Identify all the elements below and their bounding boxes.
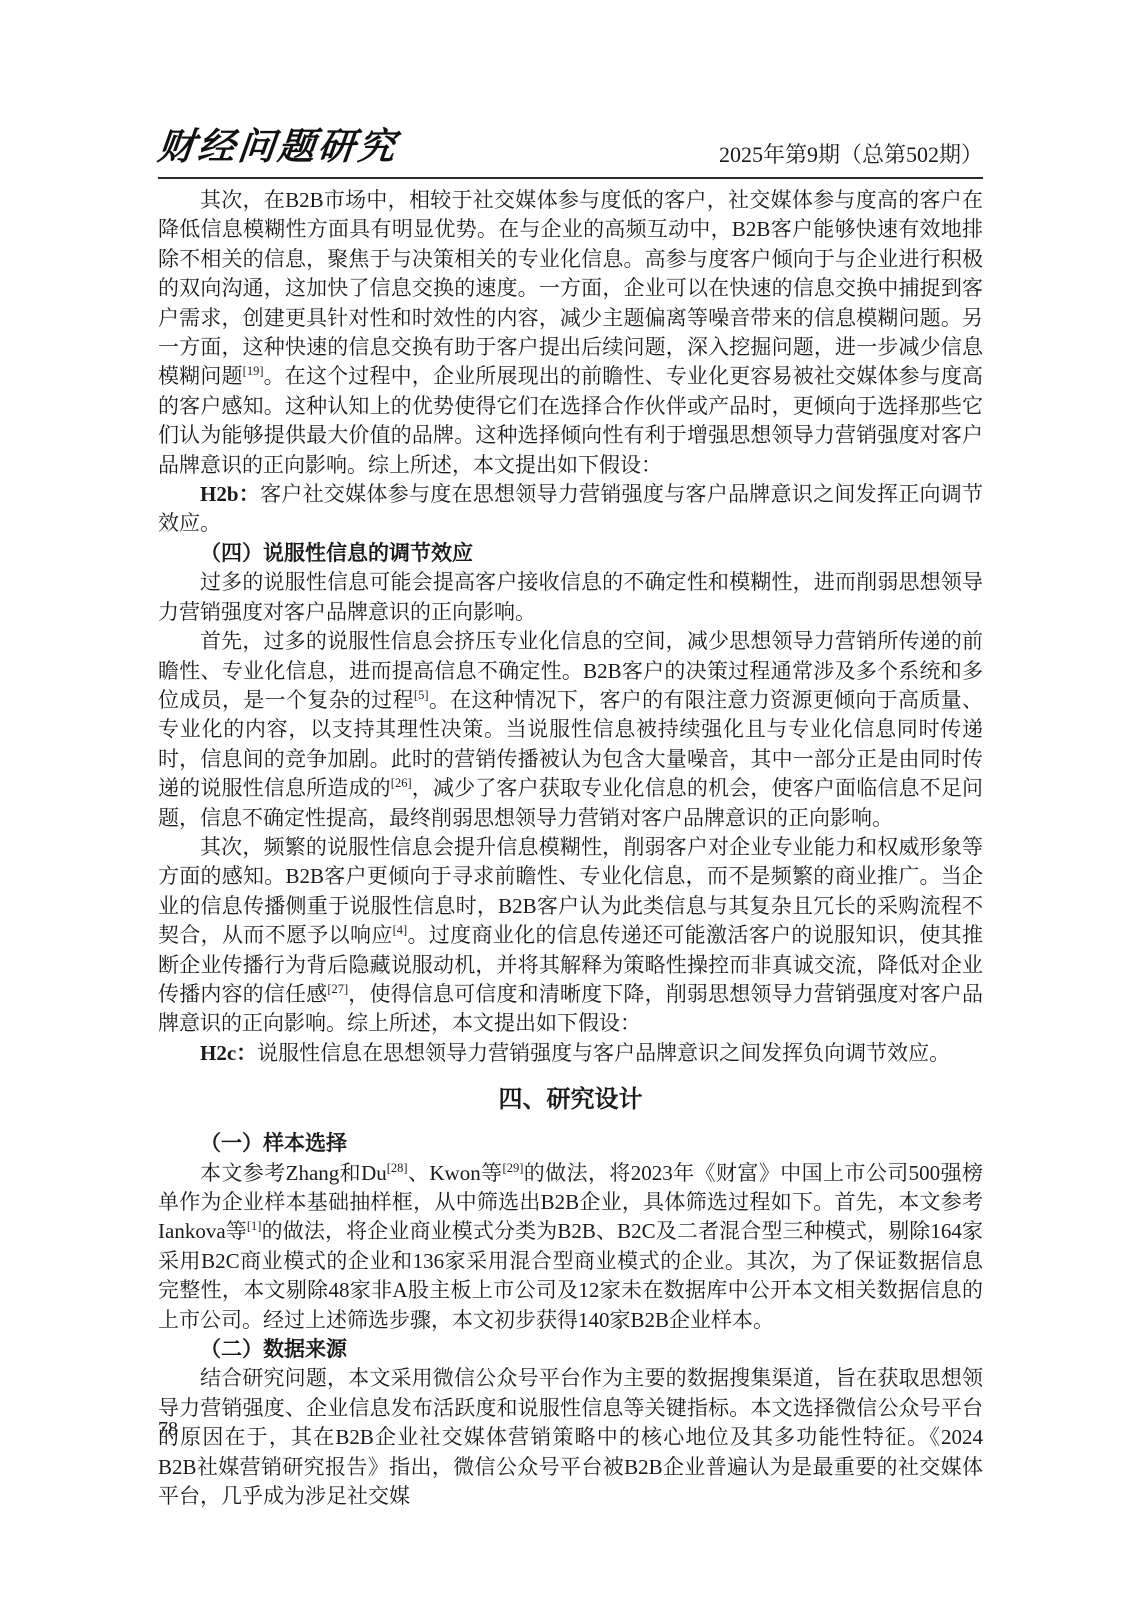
citation-ref: [28] bbox=[387, 1161, 408, 1175]
text-run: 过多的说服性信息可能会提高客户接收信息的不确定性和模糊性，进而削弱思想领导力营销… bbox=[158, 570, 983, 623]
text-run: 说服性信息在思想领导力营销强度与客户品牌意识之间发挥负向调节效应。 bbox=[257, 1041, 950, 1065]
paragraph-social-media-engagement: 其次，在B2B市场中，相较于社交媒体参与度低的客户，社交媒体参与度高的客户在降低… bbox=[158, 186, 983, 480]
text-run: 、Kwon等 bbox=[408, 1161, 503, 1185]
paragraph-persuasive-info-second: 其次，频繁的说服性信息会提升信息模糊性，削弱客户对企业专业能力和权威形象等方面的… bbox=[158, 833, 983, 1039]
subheading-sample-selection: （一）样本选择 bbox=[158, 1129, 983, 1158]
header-rule bbox=[158, 177, 983, 179]
section-heading-research-design: 四、研究设计 bbox=[158, 1084, 983, 1116]
hypothesis-label: H2c： bbox=[200, 1041, 257, 1065]
paragraph-persuasive-info-first: 首先，过多的说服性信息会挤压专业化信息的空间，减少思想领导力营销所传递的前瞻性、… bbox=[158, 627, 983, 833]
page-header: 财经问题研究 2025年第9期（总第502期） bbox=[158, 122, 983, 177]
hypothesis-h2c: H2c：说服性信息在思想领导力营销强度与客户品牌意识之间发挥负向调节效应。 bbox=[158, 1039, 983, 1068]
article-body: 其次，在B2B市场中，相较于社交媒体参与度低的客户，社交媒体参与度高的客户在降低… bbox=[158, 186, 983, 1511]
citation-ref: [1] bbox=[247, 1219, 262, 1233]
text-run: 其次，在B2B市场中，相较于社交媒体参与度低的客户，社交媒体参与度高的客户在降低… bbox=[158, 188, 983, 388]
citation-ref: [19] bbox=[243, 364, 264, 378]
issue-info: 2025年第9期（总第502期） bbox=[719, 140, 983, 170]
subheading-data-source: （二）数据来源 bbox=[158, 1335, 983, 1364]
citation-ref: [5] bbox=[414, 688, 429, 702]
paragraph-sample-selection: 本文参考Zhang和Du[28]、Kwon等[29]的做法，将2023年《财富》… bbox=[158, 1159, 983, 1335]
hypothesis-label: H2b： bbox=[200, 482, 260, 506]
citation-ref: [26] bbox=[391, 776, 412, 790]
hypothesis-h2b: H2b：客户社交媒体参与度在思想领导力营销强度与客户品牌意识之间发挥正向调节效应… bbox=[158, 480, 983, 539]
text-run: 。在这个过程中，企业所展现出的前瞻性、专业化更容易被社交媒体参与度高的客户感知。… bbox=[158, 364, 983, 476]
text-run: 本文参考Zhang和Du bbox=[200, 1161, 387, 1185]
text-run: （一）样本选择 bbox=[200, 1132, 347, 1155]
journal-page: 财经问题研究 2025年第9期（总第502期） 其次，在B2B市场中，相较于社交… bbox=[0, 0, 1140, 1600]
journal-logo: 财经问题研究 bbox=[155, 122, 400, 170]
paragraph-persuasive-info-intro: 过多的说服性信息可能会提高客户接收信息的不确定性和模糊性，进而削弱思想领导力营销… bbox=[158, 568, 983, 627]
citation-ref: [29] bbox=[503, 1161, 524, 1175]
text-run: 的做法，将企业商业模式分类为B2B、B2C及二者混合型三种模式，剔除164家采用… bbox=[158, 1219, 983, 1331]
text-run: （四）说服性信息的调节效应 bbox=[200, 542, 473, 565]
text-run: 客户社交媒体参与度在思想领导力营销强度与客户品牌意识之间发挥正向调节效应。 bbox=[158, 482, 983, 535]
paragraph-data-source: 结合研究问题，本文采用微信公众号平台作为主要的数据搜集渠道，旨在获取思想领导力营… bbox=[158, 1364, 983, 1511]
text-run: 结合研究问题，本文采用微信公众号平台作为主要的数据搜集渠道，旨在获取思想领导力营… bbox=[158, 1366, 983, 1508]
citation-ref: [4] bbox=[393, 923, 408, 937]
subheading-persuasive-info-moderation: （四）说服性信息的调节效应 bbox=[158, 539, 983, 568]
text-run: （二）数据来源 bbox=[200, 1338, 347, 1361]
citation-ref: [27] bbox=[327, 982, 348, 996]
text-run: 四、研究设计 bbox=[499, 1086, 643, 1113]
page-number: 78 bbox=[158, 1418, 178, 1441]
